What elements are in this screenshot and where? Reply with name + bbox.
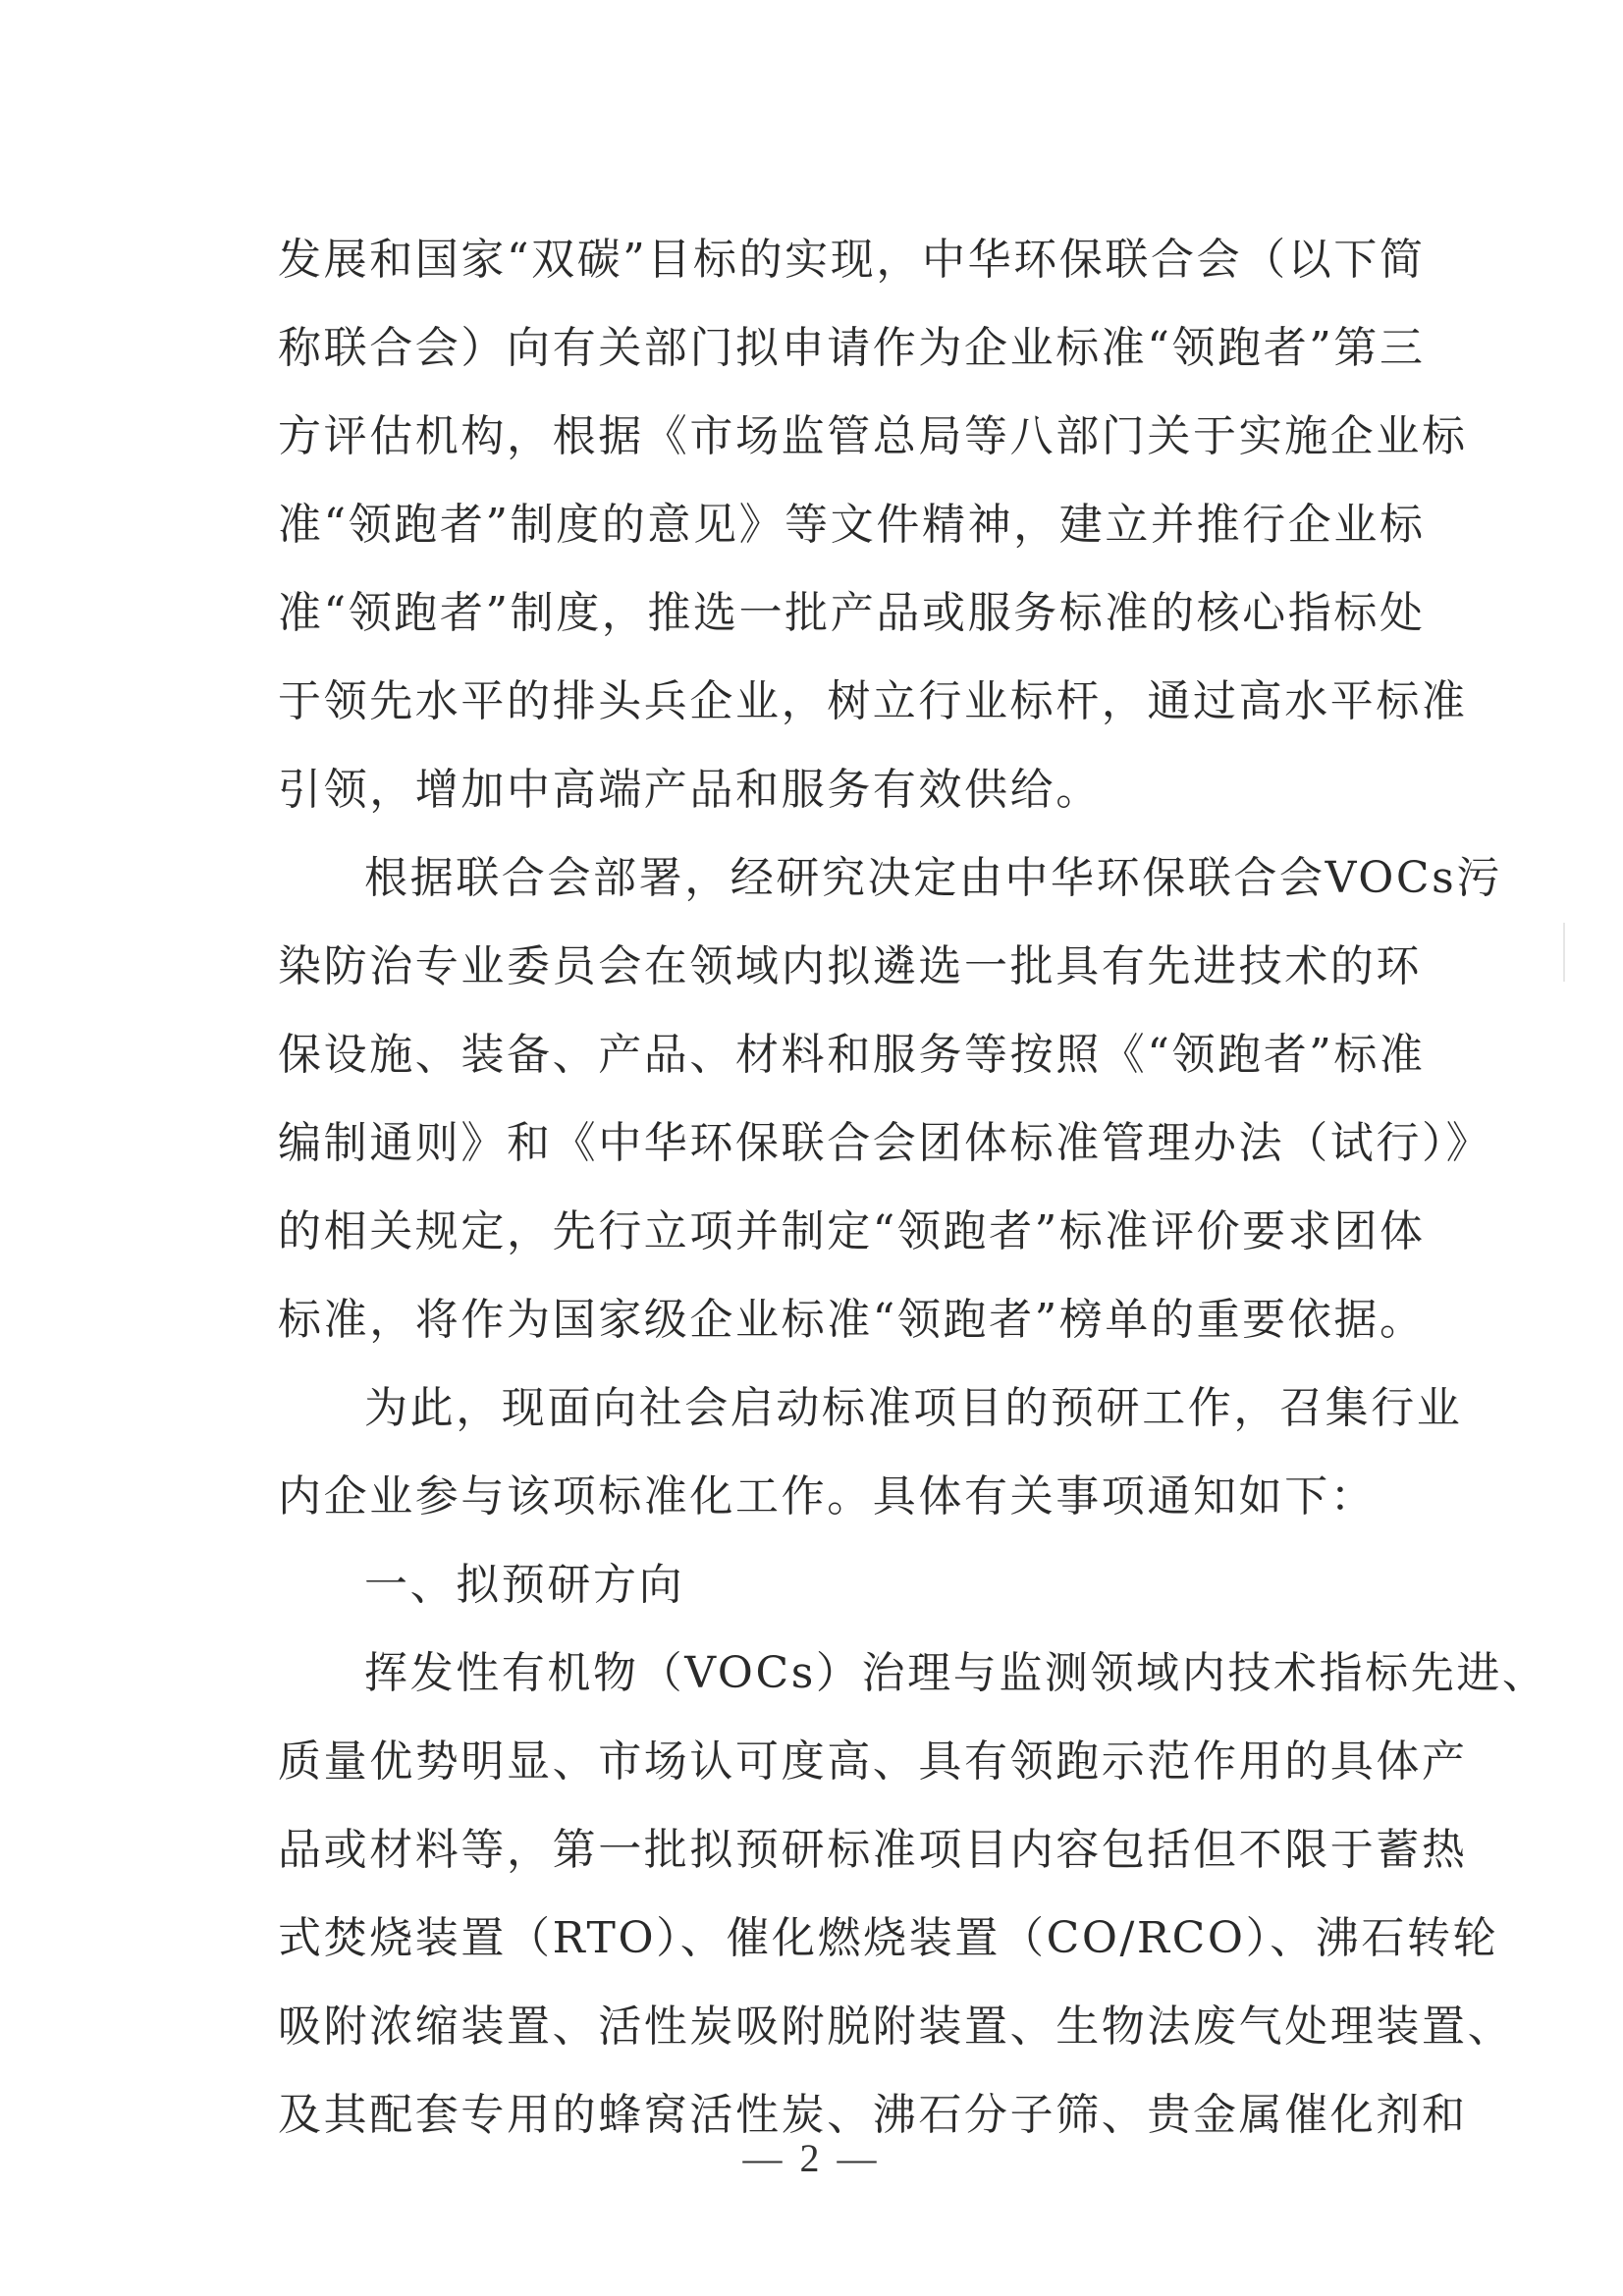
body-line: 发展和国家“双碳”目标的实现，中华环保联合会（以下简 (278, 216, 1397, 304)
body-line: 标准，将作为国家级企业标准“领跑者”榜单的重要依据。 (278, 1276, 1397, 1364)
body-line: 于领先水平的排头兵企业，树立行业标杆，通过高水平标准 (278, 658, 1397, 746)
body-line: 品或材料等，第一批拟预研标准项目内容包括但不限于蓄热 (278, 1806, 1397, 1895)
body-line: 引领，增加中高端产品和服务有效供给。 (278, 746, 1397, 834)
body-line: 吸附浓缩装置、活性炭吸附脱附装置、生物法废气处理装置、 (278, 1983, 1397, 2071)
section-heading: 一、拟预研方向 (278, 1541, 1397, 1629)
body-line: 保设施、装备、产品、材料和服务等按照《“领跑者”标准 (278, 1011, 1397, 1099)
body-line: 染防治专业委员会在领域内拟遴选一批具有先进技术的环 (278, 923, 1397, 1011)
document-page: 发展和国家“双碳”目标的实现，中华环保联合会（以下简 称联合会）向有关部门拟申请… (0, 0, 1623, 2296)
body-line: 编制通则》和《中华环保联合会团体标准管理办法（试行）》 (278, 1099, 1397, 1188)
body-line: 质量优势明显、市场认可度高、具有领跑示范作用的具体产 (278, 1718, 1397, 1806)
page-number: — 2 — (0, 2135, 1623, 2181)
body-line: 准“领跑者”制度，推选一批产品或服务标准的核心指标处 (278, 569, 1397, 658)
scan-artifact (1563, 923, 1565, 982)
body-line: 式焚烧装置（RTO）、催化燃烧装置（CO/RCO）、沸石转轮 (278, 1895, 1397, 1983)
body-line: 称联合会）向有关部门拟申请作为企业标准“领跑者”第三 (278, 304, 1397, 393)
paragraph-start-line: 挥发性有机物（VOCs）治理与监测领域内技术指标先进、 (278, 1629, 1397, 1718)
body-line: 方评估机构，根据《市场监管总局等八部门关于实施企业标 (278, 393, 1397, 481)
paragraph-start-line: 为此，现面向社会启动标准项目的预研工作，召集行业 (278, 1364, 1397, 1453)
body-line: 的相关规定，先行立项并制定“领跑者”标准评价要求团体 (278, 1188, 1397, 1276)
body-line: 准“领跑者”制度的意见》等文件精神，建立并推行企业标 (278, 481, 1397, 569)
document-body: 发展和国家“双碳”目标的实现，中华环保联合会（以下简 称联合会）向有关部门拟申请… (278, 216, 1397, 2160)
paragraph-start-line: 根据联合会部署，经研究决定由中华环保联合会VOCs污 (278, 834, 1397, 923)
body-line: 内企业参与该项标准化工作。具体有关事项通知如下： (278, 1453, 1397, 1541)
